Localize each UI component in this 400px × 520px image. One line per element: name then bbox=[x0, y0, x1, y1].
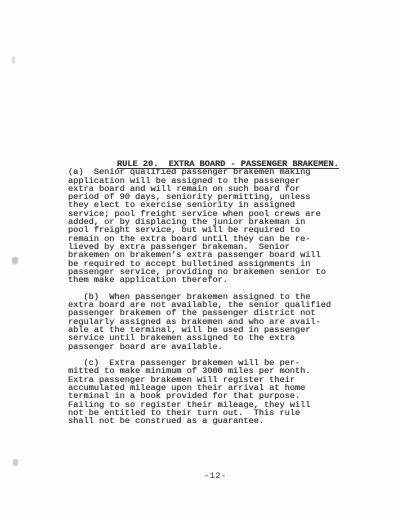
paragraph-c: (c) Extra passenger brakemen will be per… bbox=[68, 359, 358, 425]
page-number: -12- bbox=[204, 472, 227, 480]
document-page: RULE 20. EXTRA BOARD - PASSENGER BRAKEME… bbox=[0, 0, 400, 520]
scan-smudge-1 bbox=[12, 257, 18, 264]
paragraph-a: (a) Senior qualified passenger brakemen … bbox=[68, 168, 358, 284]
text-block: RULE 20. EXTRA BOARD - PASSENGER BRAKEME… bbox=[68, 160, 358, 426]
scan-smudge-2 bbox=[13, 459, 18, 466]
scan-smudge-3 bbox=[12, 56, 15, 64]
paragraph-b: (b) When passenger brakemen assigned to … bbox=[68, 293, 358, 351]
